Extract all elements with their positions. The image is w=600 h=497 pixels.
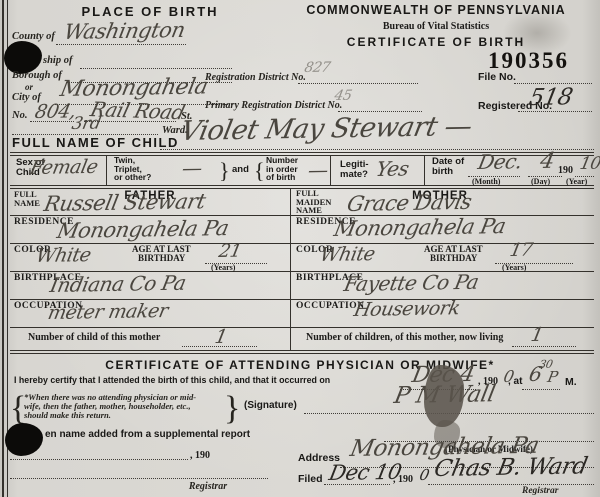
mother-birthplace-value: Fayette Co Pa bbox=[342, 270, 481, 296]
rule bbox=[424, 155, 425, 185]
commonwealth-title: COMMONWEALTH OF PENNSYLVANIA bbox=[282, 3, 590, 17]
filed-date-value: Dec 10 bbox=[327, 460, 403, 485]
dob-month-value: Dec. bbox=[476, 149, 524, 174]
registration-district-value: 827 bbox=[303, 60, 331, 76]
borough-label: Borough of bbox=[12, 70, 62, 81]
father-name-label: FULL NAME bbox=[14, 190, 40, 207]
dotted-line bbox=[324, 484, 390, 485]
child-count-value: 1 bbox=[213, 326, 229, 348]
registrar-right-label: Registrar bbox=[522, 486, 558, 496]
place-of-birth-title: PLACE OF BIRTH bbox=[40, 4, 260, 19]
binding-line bbox=[7, 0, 8, 497]
house-no-label: No. bbox=[12, 110, 27, 121]
filed-label: Filed bbox=[298, 473, 323, 485]
ink-blot bbox=[5, 423, 43, 456]
township-label: ship of bbox=[43, 55, 72, 66]
sex-value: Female bbox=[28, 156, 100, 179]
rule bbox=[106, 155, 107, 185]
filed-year-prefix: , 190 bbox=[393, 474, 413, 485]
dotted-line bbox=[518, 111, 592, 112]
registered-no-value: 518 bbox=[527, 84, 575, 111]
certificate-title: CERTIFICATE OF BIRTH bbox=[282, 35, 590, 49]
dotted-line bbox=[30, 121, 74, 122]
primary-registration-value: 45 bbox=[333, 88, 353, 104]
filed-year-value: 0 bbox=[418, 466, 431, 484]
mother-age-value: 17 bbox=[508, 240, 534, 261]
binding-line bbox=[2, 0, 4, 497]
mother-years-caption: (Years) bbox=[502, 263, 526, 272]
twin-label: Twin, Triplet, or other? bbox=[114, 156, 151, 182]
dotted-line bbox=[10, 478, 268, 479]
legitimate-label: Legiti- mate? bbox=[340, 160, 369, 179]
rule bbox=[10, 185, 594, 186]
and-label: and bbox=[232, 164, 249, 175]
dotted-line bbox=[522, 389, 560, 390]
registration-district-label: Registration District No. bbox=[205, 72, 306, 83]
supplemental-text: en name added from a supplemental report bbox=[45, 429, 250, 440]
dotted-line bbox=[160, 149, 594, 150]
full-name-value: Violet May Stewart — bbox=[178, 111, 474, 147]
brace-glyph: } bbox=[219, 158, 230, 184]
ward-value: 3rd bbox=[70, 114, 102, 134]
signature-label: (Signature) bbox=[244, 400, 297, 411]
house-no-value: 804, bbox=[33, 100, 78, 123]
order-label: Number in order of birth bbox=[266, 156, 298, 182]
year-190-label: , 190 bbox=[190, 450, 210, 461]
registrar-left-label: Registrar bbox=[148, 481, 268, 492]
rule bbox=[10, 299, 594, 300]
dotted-line bbox=[80, 68, 232, 69]
brace-glyph: } bbox=[224, 390, 240, 428]
mother-residence-value: Monongahela Pa bbox=[332, 214, 508, 241]
brace-glyph: { bbox=[254, 158, 265, 184]
father-age-label: AGE AT LAST BIRTHDAY bbox=[132, 245, 191, 263]
certify-text: I hereby certify that I attended the bir… bbox=[14, 375, 330, 386]
dotted-line bbox=[428, 484, 594, 485]
date-of-birth-label: Date of birth bbox=[432, 157, 464, 176]
father-name-value: Russell Stewart bbox=[42, 189, 207, 216]
rule bbox=[10, 350, 594, 351]
dotted-line bbox=[298, 83, 418, 84]
dotted-line bbox=[10, 459, 188, 460]
at-label: , at bbox=[508, 376, 522, 387]
rule bbox=[10, 327, 594, 328]
rule bbox=[10, 353, 594, 354]
now-living-label: Number of children, of this mother, now … bbox=[306, 332, 503, 343]
primary-registration-label: Primary Registration District No. bbox=[205, 100, 342, 111]
physician-note: *When there was no attending physician o… bbox=[24, 393, 196, 419]
mother-color-value: White bbox=[318, 243, 377, 266]
father-years-caption: (Years) bbox=[211, 263, 235, 272]
full-name-label: FULL NAME OF CHILD bbox=[12, 135, 179, 150]
mother-occupation-value: Housework bbox=[352, 297, 462, 321]
county-value: Washington bbox=[62, 18, 187, 44]
dob-year-prefix: 190 bbox=[558, 165, 573, 176]
rule bbox=[290, 188, 291, 350]
rule bbox=[10, 243, 594, 244]
ink-blot bbox=[424, 365, 464, 427]
m-label: M. bbox=[565, 376, 577, 388]
bureau-subtitle: Bureau of Vital Statistics bbox=[282, 21, 590, 32]
father-birthplace-value: Indiana Co Pa bbox=[48, 271, 188, 297]
father-age-value: 21 bbox=[217, 241, 243, 262]
father-occupation-value: meter maker bbox=[46, 300, 170, 324]
mother-name-value: Grace Davis bbox=[345, 190, 474, 216]
file-no-label: File No. bbox=[478, 71, 516, 83]
dotted-line bbox=[512, 346, 576, 347]
registrar-signature-value: Chas B. Ward bbox=[432, 453, 589, 482]
month-caption: (Month) bbox=[472, 177, 500, 186]
father-color-value: White bbox=[34, 244, 93, 267]
legitimate-value: Yes bbox=[374, 156, 411, 181]
mother-name-label: FULL MAIDEN NAME bbox=[296, 189, 331, 215]
dotted-line bbox=[56, 44, 186, 45]
time-meridiem-value: P bbox=[546, 368, 559, 386]
twin-value: — bbox=[180, 156, 204, 180]
father-residence-value: Monongahela Pa bbox=[55, 216, 231, 243]
year-caption: (Year) bbox=[566, 177, 587, 186]
or-label: or bbox=[25, 82, 33, 92]
day-caption: (Day) bbox=[531, 177, 550, 186]
order-value: — bbox=[306, 158, 330, 182]
dob-year-value: 10 bbox=[578, 154, 600, 174]
birth-certificate-document: PLACE OF BIRTH COMMONWEALTH OF PENNSYLVA… bbox=[0, 0, 600, 497]
mother-age-label: AGE AT LAST BIRTHDAY bbox=[424, 245, 483, 263]
child-count-label: Number of child of this mother bbox=[28, 332, 160, 343]
